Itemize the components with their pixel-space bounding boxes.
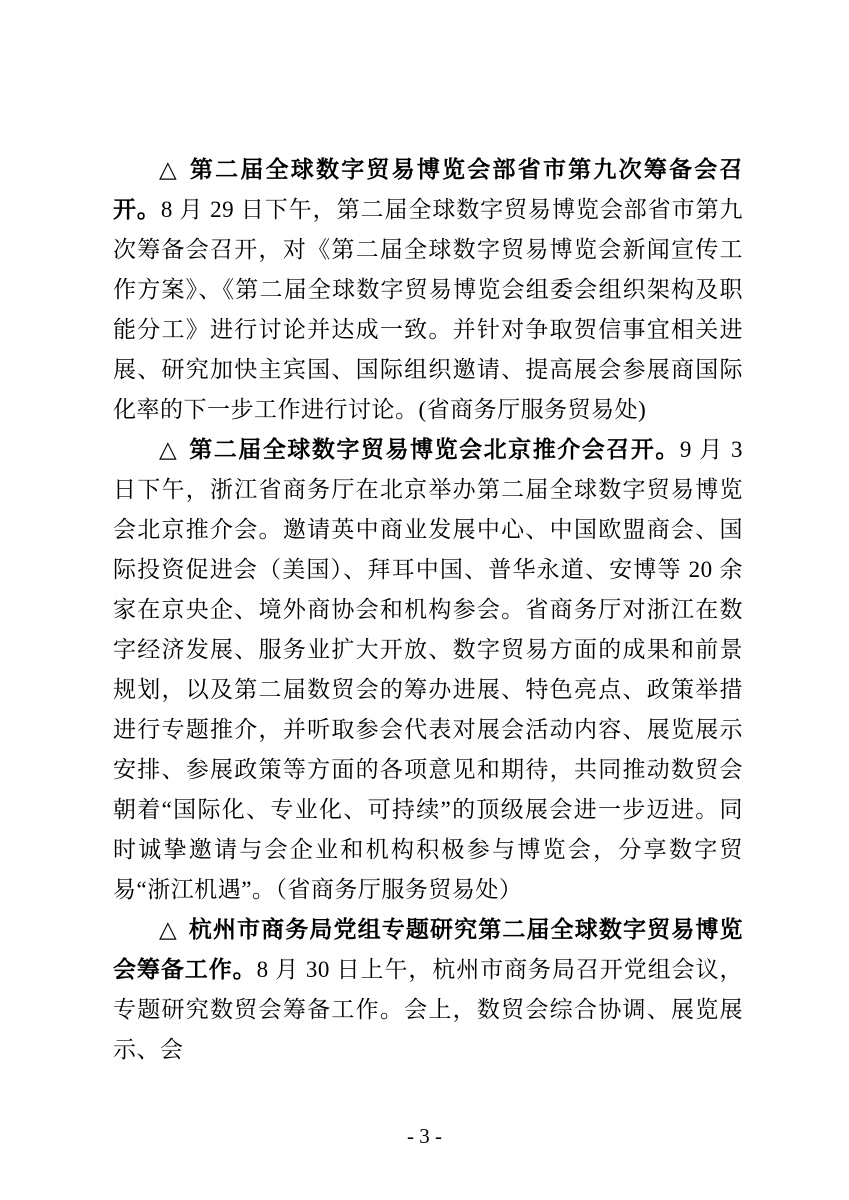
triangle-bullet-icon: △ [159, 917, 178, 942]
paragraph-beijing-promotion: △第二届全球数字贸易博览会北京推介会召开。9 月 3 日下午，浙江省商务厅在北京… [113, 430, 743, 910]
triangle-bullet-icon: △ [159, 157, 179, 182]
paragraph-heading: 第二届全球数字贸易博览会北京推介会召开。 [189, 437, 680, 462]
page-number: - 3 - [407, 1124, 442, 1148]
paragraph-hangzhou-bureau: △杭州市商务局党组专题研究第二届全球数字贸易博览会筹备工作。8 月 30 日上午… [113, 910, 743, 1070]
paragraph-text: 9 月 3 日下午，浙江省商务厅在北京举办第二届全球数字贸易博览会北京推介会。邀… [113, 437, 743, 902]
document-body: △第二届全球数字贸易博览会部省市第九次筹备会召开。8 月 29 日下午，第二届全… [113, 150, 743, 1070]
paragraph-text: 8 月 29 日下午，第二届全球数字贸易博览会部省市第九次筹备会召开，对《第二届… [113, 197, 743, 422]
page-footer: - 3 - [0, 1122, 849, 1150]
document-page: △第二届全球数字贸易博览会部省市第九次筹备会召开。8 月 29 日下午，第二届全… [0, 0, 849, 1200]
paragraph-preparatory-meeting: △第二届全球数字贸易博览会部省市第九次筹备会召开。8 月 29 日下午，第二届全… [113, 150, 743, 430]
triangle-bullet-icon: △ [159, 437, 178, 462]
